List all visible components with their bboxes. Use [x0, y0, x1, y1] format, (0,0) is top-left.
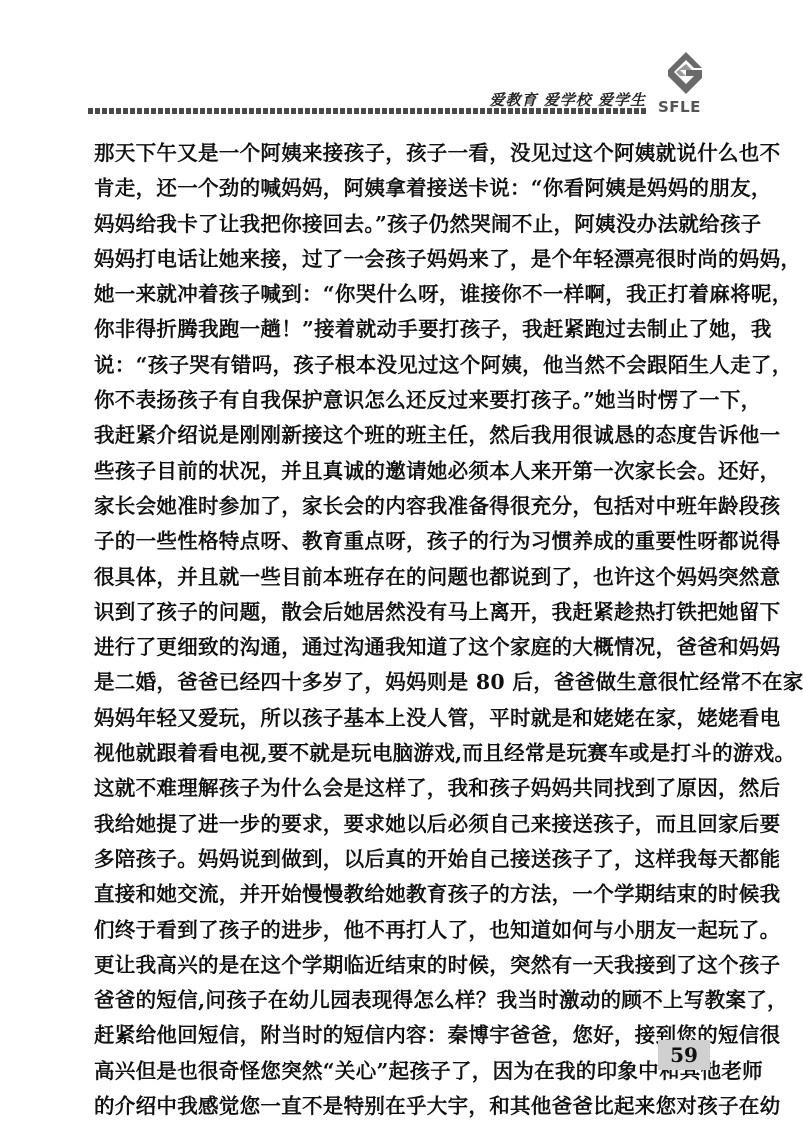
header-dashed-rule [88, 108, 646, 114]
sfle-logo: SFLE [654, 50, 716, 116]
text-line: 我赶紧介绍说是刚刚新接这个班的班主任，然后我用很诚恳的态度告诉他一 [94, 418, 712, 453]
text-line: 高兴但是也很奇怪您突然“关心”起孩子了，因为在我的印象中和其他老师 [94, 1054, 712, 1089]
logo-text: SFLE [658, 98, 701, 116]
text-line: 妈妈年轻又爱玩，所以孩子基本上没人管，平时就是和姥姥在家，姥姥看电 [94, 701, 712, 736]
text-line: 些孩子目前的状况，并且真诚的邀请她必须本人来开第一次家长会。还好， [94, 454, 712, 489]
text-line: 是二婚，爸爸已经四十多岁了，妈妈则是 80 后，爸爸做生意很忙经常不在家， [94, 665, 712, 700]
header-slogan: 爱教育 爱学校 爱学生 [490, 89, 646, 110]
page-header: 爱教育 爱学校 爱学生 SFLE [88, 50, 720, 120]
text-line: 你不表扬孩子有自我保护意识怎么还反过来要打孩子。”她当时愣了一下， [94, 383, 712, 418]
text-line: 更让我高兴的是在这个学期临近结束的时候，突然有一天我接到了这个孩子 [94, 948, 712, 983]
text-line: 这就不难理解孩子为什么会是这样了，我和孩子妈妈共同找到了原因，然后 [94, 771, 712, 806]
text-line: 她一来就冲着孩子喊到：“你哭什么呀，谁接你不一样啊，我正打着麻将呢， [94, 277, 712, 312]
text-line: 子的一些性格特点呀、教育重点呀，孩子的行为习惯养成的重要性呀都说得 [94, 524, 712, 559]
text-line: 很具体，并且就一些目前本班存在的问题也都说到了，也许这个妈妈突然意 [94, 560, 712, 595]
text-line: 赶紧给他回短信，附当时的短信内容：秦博宇爸爸，您好，接到您的短信很 [94, 1018, 712, 1053]
text-line: 家长会她准时参加了，家长会的内容我准备得很充分，包括对中班年龄段孩 [94, 489, 712, 524]
text-line: 说：“孩子哭有错吗，孩子根本没见过这个阿姨，他当然不会跟陌生人走了， [94, 348, 712, 383]
text-line: 识到了孩子的问题，散会后她居然没有马上离开，我赶紧趁热打铁把她留下 [94, 595, 712, 630]
text-line: 爸爸的短信,问孩子在幼儿园表现得怎么样？我当时激动的顾不上写教案了， [94, 983, 712, 1018]
text-line: 进行了更细致的沟通，通过沟通我知道了这个家庭的大概情况，爸爸和妈妈 [94, 630, 712, 665]
text-line: 们终于看到了孩子的进步，他不再打人了，也知道如何与小朋友一起玩了。 [94, 913, 712, 948]
text-line: 直接和她交流，并开始慢慢教给她教育孩子的方法，一个学期结束的时候我 [94, 877, 712, 912]
text-line: 妈妈打电话让她来接，过了一会孩子妈妈来了，是个年轻漂亮很时尚的妈妈， [94, 242, 712, 277]
text-line: 妈妈给我卡了让我把你接回去。”孩子仍然哭闹不止，阿姨没办法就给孩子 [94, 207, 712, 242]
text-line: 你非得折腾我跑一趟！”接着就动手要打孩子，我赶紧跑过去制止了她，我 [94, 312, 712, 347]
body-text: 那天下午又是一个阿姨来接孩子，孩子一看，没见过这个阿姨就说什么也不 肯走，还一个… [94, 136, 712, 1124]
text-line: 肯走，还一个劲的喊妈妈，阿姨拿着接送卡说：“你看阿姨是妈妈的朋友， [94, 171, 712, 206]
text-line: 视他就跟着看电视,要不就是玩电脑游戏,而且经常是玩赛车或是打斗的游戏。 [94, 736, 712, 771]
text-line: 那天下午又是一个阿姨来接孩子，孩子一看，没见过这个阿姨就说什么也不 [94, 136, 712, 171]
text-line: 我给她提了进一步的要求，要求她以后必须自己来接送孩子，而且回家后要 [94, 807, 712, 842]
page-number: 59 [658, 1040, 710, 1070]
text-line: 的介绍中我感觉您一直不是特别在乎大宇，和其他爸爸比起来您对孩子在幼 [94, 1089, 712, 1124]
sfle-logo-icon [666, 50, 706, 96]
text-line: 多陪孩子。妈妈说到做到，以后真的开始自己接送孩子了，这样我每天都能 [94, 842, 712, 877]
